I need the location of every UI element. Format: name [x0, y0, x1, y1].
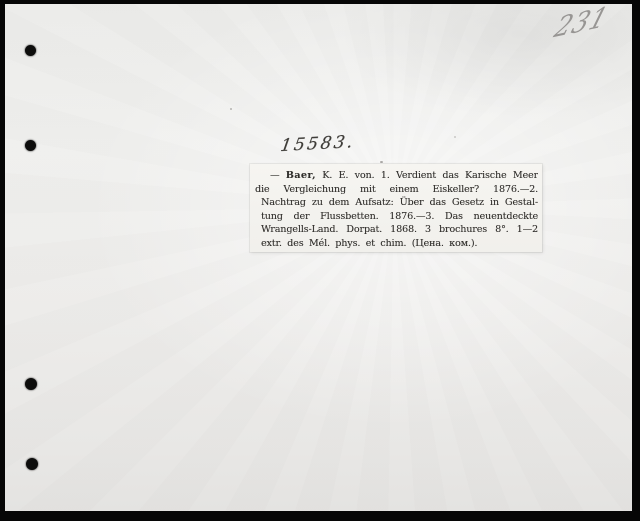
- scanned-document-frame: 231 15583. — Baer, K. E. von. 1. Verdien…: [0, 0, 640, 521]
- entry-line-5: Wrangells-Land. Dorpat. 1868. 3 brochure…: [254, 223, 538, 237]
- entry-line-6: extr. des Mél. phys. et chim. (Цена. ком…: [254, 237, 538, 251]
- pasted-bibliography-clipping: — Baer, K. E. von. 1. Verdient das Karis…: [250, 164, 542, 252]
- dust-speck: [380, 161, 383, 163]
- punch-hole-mark: [25, 140, 36, 151]
- entry-line-4: tung der Flussbetten. 1876.—3. Das neuen…: [254, 210, 538, 224]
- scan-light-artifact: [5, 4, 632, 511]
- catalog-card-page: 231 15583. — Baer, K. E. von. 1. Verdien…: [5, 4, 632, 511]
- entry-author-name: Baer,: [286, 170, 316, 181]
- entry-line-3: Nachtrag zu dem Aufsatz: Über das Gesetz…: [254, 196, 538, 210]
- punch-hole-mark: [25, 45, 36, 56]
- punch-hole-mark: [25, 378, 37, 390]
- entry-line-1: — Baer, K. E. von. 1. Verdient das Karis…: [254, 169, 538, 183]
- pencil-page-number: 231: [550, 1, 612, 45]
- entry-line-1-text: K. E. von. 1. Verdient das Karische Meer: [316, 170, 538, 181]
- handwritten-accession-number: 15583.: [279, 132, 357, 156]
- dust-speck: [454, 136, 456, 138]
- entry-line-2: die Vergleichung mit einem Eiskeller? 18…: [254, 183, 538, 197]
- dust-speck: [230, 108, 232, 110]
- entry-dash: —: [270, 170, 286, 181]
- punch-hole-mark: [26, 458, 38, 470]
